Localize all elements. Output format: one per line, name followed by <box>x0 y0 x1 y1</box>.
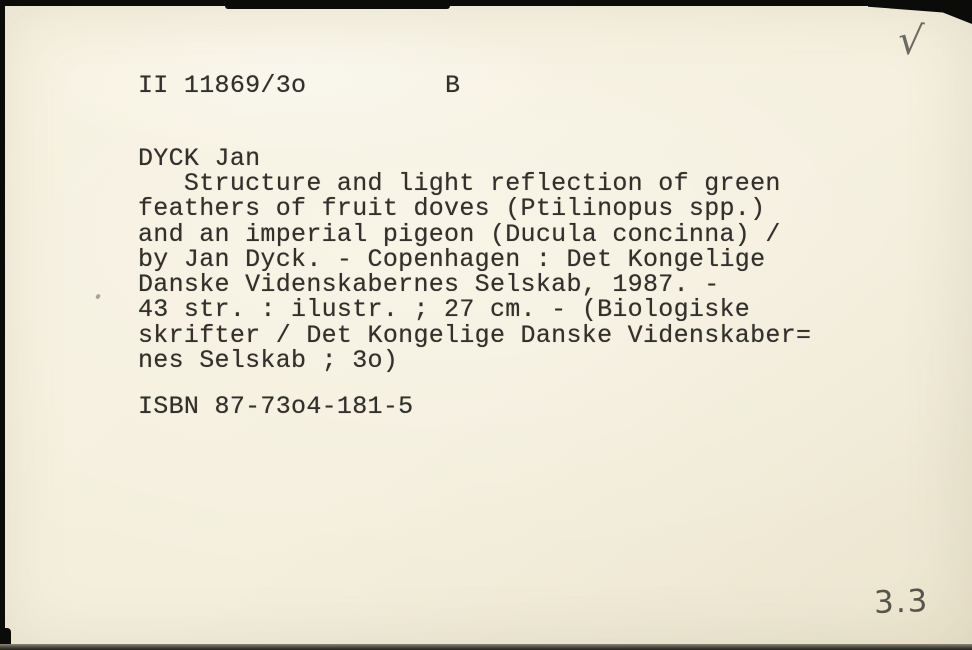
description-line: feathers of fruit doves (Ptilinopus spp.… <box>138 196 811 221</box>
description-line: nes Selskab ; 3o) <box>138 348 811 373</box>
bibliographic-description: Structure and light reflection of greenf… <box>138 171 811 373</box>
catalog-card: II 11869/3o B DYCK Jan Structure and lig… <box>0 0 972 650</box>
scan-edge-top <box>0 0 972 6</box>
section-letter: B <box>445 73 460 98</box>
author-heading: DYCK Jan <box>138 146 260 171</box>
description-line: skrifter / Det Kongelige Danske Videnska… <box>138 323 811 348</box>
scan-edge-bottom <box>0 644 972 650</box>
description-line: by Jan Dyck. - Copenhagen : Det Kongelig… <box>138 247 811 272</box>
description-line: Danske Videnskabernes Selskab, 1987. - <box>138 272 811 297</box>
scan-edge-left <box>0 0 5 650</box>
scan-edge-top-thick <box>225 0 450 9</box>
call-number: II 11869/3o <box>138 73 306 98</box>
description-line: Structure and light reflection of green <box>138 171 811 196</box>
description-line: 43 str. : ilustr. ; 27 cm. - (Biologiske <box>138 297 811 322</box>
description-line: and an imperial pigeon (Ducula concinna)… <box>138 222 811 247</box>
handwritten-shelf-note: 3.3 <box>873 583 930 621</box>
isbn-line: ISBN 87-73o4-181-5 <box>138 394 413 419</box>
paper-speck <box>95 293 101 299</box>
checkmark-icon: √ <box>896 17 925 65</box>
